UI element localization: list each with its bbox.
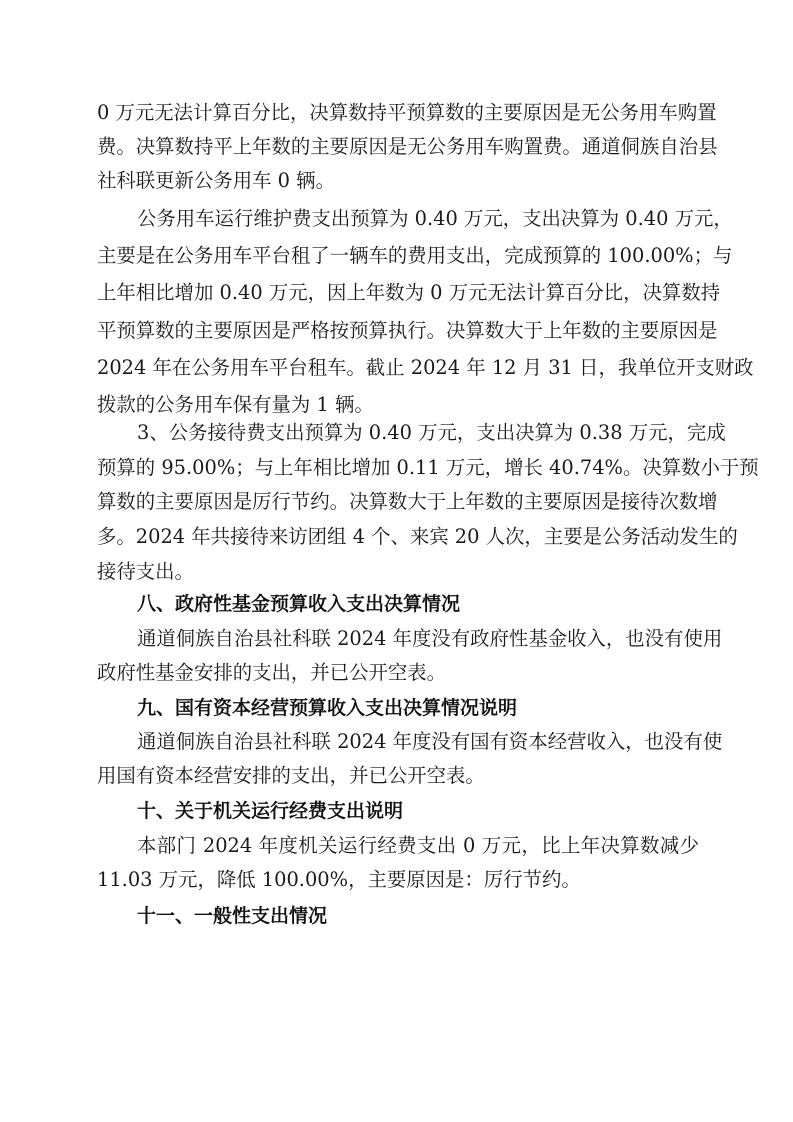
paragraph-line: 拨款的公务用车保有量为 1 辆。: [97, 392, 699, 418]
section-heading-8: 八、政府性基金预算收入支出决算情况: [137, 591, 460, 617]
paragraph-line: 上年相比增加 0.40 万元，因上年数为 0 万元无法计算百分比，决算数持: [97, 280, 699, 306]
paragraph-line: 用国有资本经营安排的支出，并已公开空表。: [97, 763, 699, 789]
paragraph-line: 0 万元无法计算百分比，决算数持平预算数的主要原因是无公务用车购置: [97, 100, 699, 126]
paragraph-line: 多。2024 年共接待来访团组 4 个、来宾 20 人次，主要是公务活动发生的: [97, 524, 699, 550]
paragraph-line: 3、公务接待费支出预算为 0.40 万元，支出决算为 0.38 万元，完成: [137, 420, 699, 446]
paragraph-line: 社科联更新公务用车 0 辆。: [97, 168, 699, 194]
paragraph-line: 费。决算数持平上年数的主要原因是无公务用车购置费。通道侗族自治县: [97, 134, 699, 160]
section-heading-11: 十一、一般性支出情况: [137, 903, 327, 929]
paragraph-line: 本部门 2024 年度机关运行经费支出 0 万元，比上年决算数减少: [137, 833, 699, 859]
section-heading-10: 十、关于机关运行经费支出说明: [137, 798, 403, 824]
paragraph-line: 主要是在公务用车平台租了一辆车的费用支出，完成预算的 100.00%；与: [97, 243, 699, 269]
paragraph-line: 2024 年在公务用车平台租车。截止 2024 年 12 月 31 日，我单位开…: [97, 355, 699, 381]
paragraph-line: 通道侗族自治县社科联 2024 年度没有政府性基金收入，也没有使用: [137, 626, 699, 652]
paragraph-line: 通道侗族自治县社科联 2024 年度没有国有资本经营收入，也没有使: [137, 729, 699, 755]
paragraph-line: 公务用车运行维护费支出预算为 0.40 万元，支出决算为 0.40 万元，: [137, 206, 699, 232]
paragraph-line: 11.03 万元，降低 100.00%，主要原因是：厉行节约。: [97, 867, 699, 893]
document-page: 0 万元无法计算百分比，决算数持平预算数的主要原因是无公务用车购置 费。决算数持…: [0, 0, 793, 1122]
paragraph-line: 平预算数的主要原因是严格按预算执行。决算数大于上年数的主要原因是: [97, 318, 699, 344]
paragraph-line: 算数的主要原因是厉行节约。决算数大于上年数的主要原因是接待次数增: [97, 489, 699, 515]
paragraph-line: 预算的 95.00%；与上年相比增加 0.11 万元，增长 40.74%。决算数…: [97, 455, 699, 481]
paragraph-line: 接待支出。: [97, 559, 699, 585]
section-heading-9: 九、国有资本经营预算收入支出决算情况说明: [137, 695, 517, 721]
paragraph-line: 政府性基金安排的支出，并已公开空表。: [97, 660, 699, 686]
